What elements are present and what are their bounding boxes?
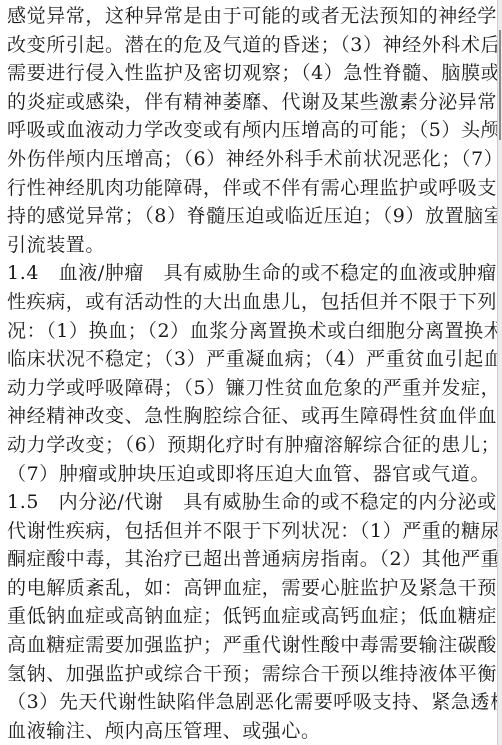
text-line: 性疾病，或有活动性的大出血患儿，包括但并不限于下列状 — [7, 288, 487, 317]
text-line: 持的感觉异常；（8）脊髓压迫或临近压迫；（9）放置脑室外 — [7, 202, 487, 231]
document-text: 感觉异常，这种异常是由于可能的或者无法预知的神经学 改变所引起。潜在的危及气道的… — [7, 2, 487, 745]
text-line: 感觉异常，这种异常是由于可能的或者无法预知的神经学 — [7, 2, 487, 31]
text-line: 行性神经肌肉功能障碍，伴或不伴有需心理监护或呼吸支 — [7, 174, 487, 203]
text-line: 高血糖症需要加强监护；严重代谢性酸中毒需要输注碳酸 — [7, 631, 487, 660]
text-line: 的电解质紊乱，如：高钾血症，需要心脏监护及紧急干预；严 — [7, 574, 487, 603]
text-line: 引流装置。 — [7, 231, 487, 260]
section-heading-1-4: 1.4 血液/肿瘤 具有威胁生命的或不稳定的血液或肿瘤 — [7, 259, 487, 288]
text-line: 动力学改变；（6）预期化疗时有肿瘤溶解综合征的患儿； — [7, 431, 487, 460]
text-line: 动力学或呼吸障碍；（5）镰刀性贫血危象的严重并发症，如 — [7, 374, 487, 403]
text-line: 改变所引起。潜在的危及气道的昏迷；（3）神经外科术后 — [7, 31, 487, 60]
text-line: 外伤伴颅内压增高；（6）神经外科手术前状况恶化；（7）进 — [7, 145, 487, 174]
text-line: 的炎症或感染，伴有精神萎靡、代谢及某些激素分泌异常、 — [7, 88, 487, 117]
document-page: 感觉异常，这种异常是由于可能的或者无法预知的神经学 改变所引起。潜在的危及气道的… — [0, 0, 497, 745]
text-line: （3）先天代谢性缺陷伴急剧恶化需要呼吸支持、紧急透析、 — [7, 688, 487, 717]
section-heading-1-5: 1.5 内分泌/代谢 具有威胁生命的或不稳定的内分泌或 — [7, 488, 487, 517]
text-line: 氢钠、加强监护或综合干预；需综合干预以维持液体平衡。 — [7, 660, 487, 689]
text-line: 呼吸或血液动力学改变或有颅内压增高的可能；（5）头颅 — [7, 116, 487, 145]
text-line: 酮症酸中毒，其治疗已超出普通病房指南。（2）其他严重 — [7, 545, 487, 574]
scrollbar-thumb[interactable] — [499, 30, 501, 140]
vertical-scrollbar[interactable] — [497, 0, 502, 745]
text-line: （7）肿瘤或肿块压迫或即将压迫大血管、器官或气道。 — [7, 460, 487, 489]
text-line: 重低钠血症或高钠血症；低钙血症或高钙血症；低血糖症或 — [7, 602, 487, 631]
text-line: 况：（1）换血；（2）血浆分离置换术或白细胞分离置换术，伴 — [7, 317, 487, 346]
text-line: 需要进行侵入性监护及密切观察；（4）急性脊髓、脑膜或脑 — [7, 59, 487, 88]
text-line: 血液输注、颅内高压管理、或强心。 — [7, 717, 487, 745]
text-line: 临床状况不稳定；（3）严重凝血病；（4）严重贫血引起血液 — [7, 345, 487, 374]
text-line: 代谢性疾病，包括但并不限于下列状况：（1）严重的糖尿病 — [7, 517, 487, 546]
text-line: 神经精神改变、急性胸腔综合征、或再生障碍性贫血伴血液 — [7, 402, 487, 431]
